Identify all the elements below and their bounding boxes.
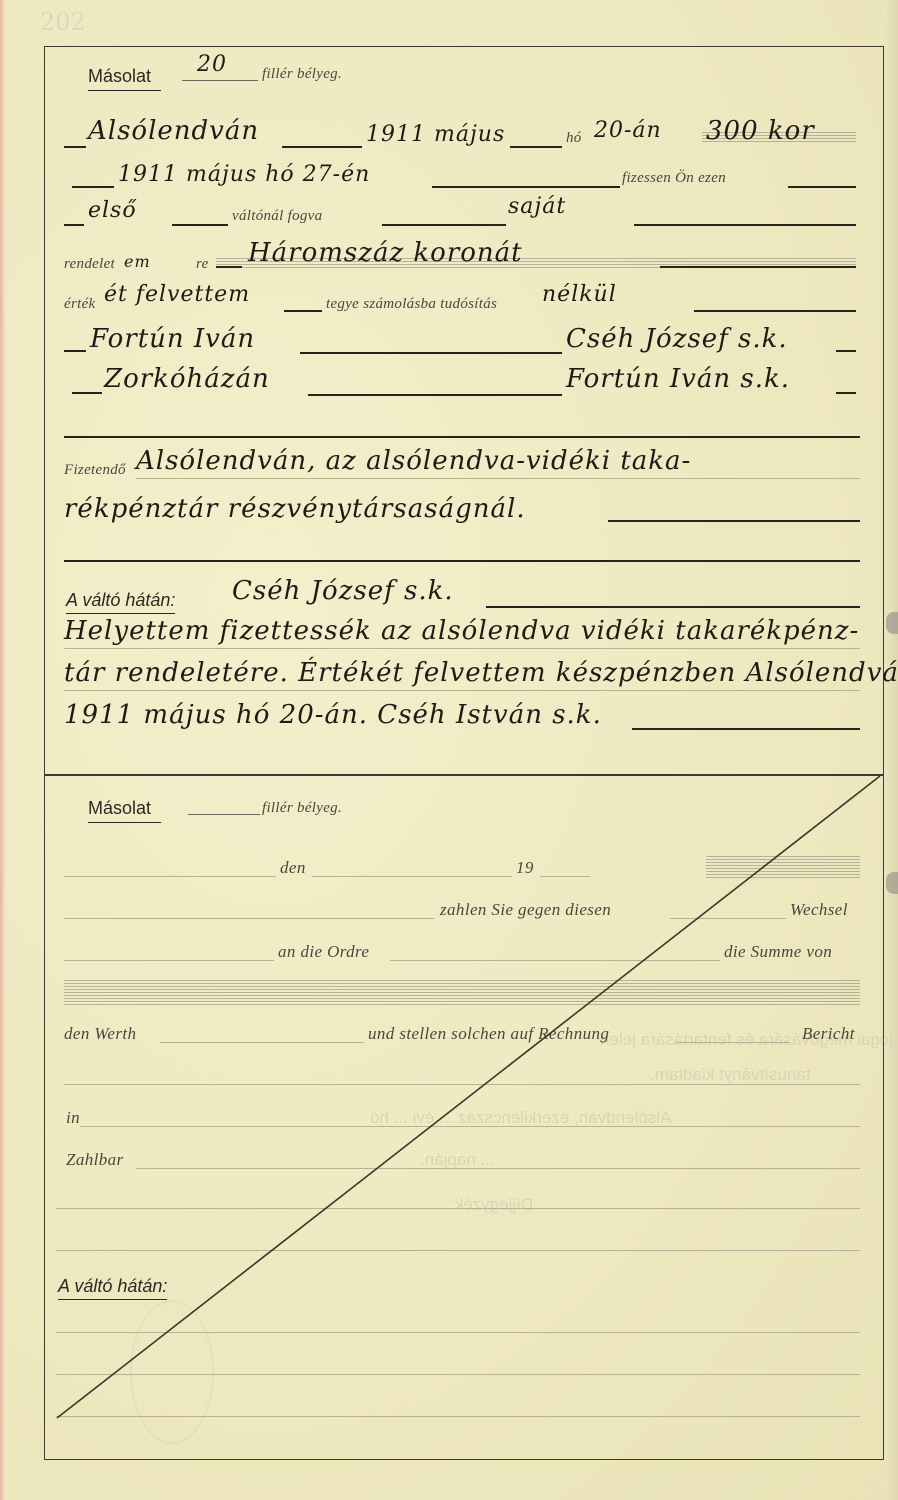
cancellation-diagonal-line [0,0,898,1500]
